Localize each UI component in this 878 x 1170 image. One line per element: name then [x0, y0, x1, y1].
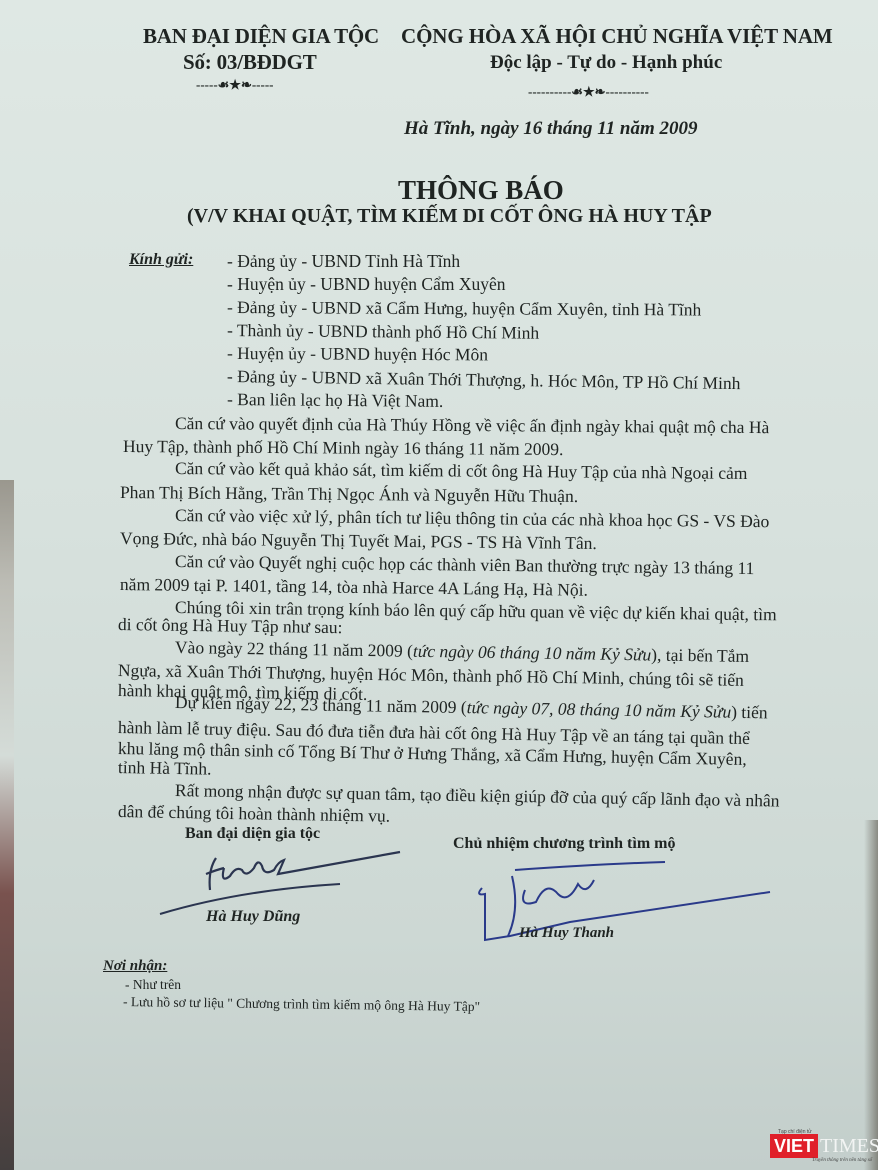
- recipient-item: - Đảng ủy - UBND xã Cẩm Hưng, huyện Cẩm …: [227, 297, 701, 320]
- recipient-item: - Ban liên lạc họ Hà Việt Nam.: [227, 389, 444, 412]
- footer-recipients-label: Nơi nhận:: [103, 958, 167, 975]
- body-line: Huy Tập, thành phố Hồ Chí Minh ngày 16 t…: [123, 436, 564, 460]
- national-motto: Độc lập - Tự do - Hạnh phúc: [490, 52, 722, 74]
- recipients-label: Kính gửi:: [129, 251, 193, 269]
- page-edge-shadow: [0, 480, 14, 1170]
- country-name: CỘNG HÒA XÃ HỘI CHỦ NGHĨA VIỆT NAM: [401, 24, 833, 49]
- recipient-item: - Thành ủy - UBND thành phố Hồ Chí Minh: [227, 320, 539, 344]
- body-line: tỉnh Hà Tĩnh.: [118, 757, 212, 780]
- vietimes-logo: VIET TIMES: [770, 1133, 878, 1159]
- body-line: di cốt ông Hà Huy Tập như sau:: [118, 614, 343, 638]
- logo-brand-rest: TIMES: [818, 1135, 878, 1158]
- lunar-date-text: tức ngày 07, 08 tháng 10 năm Kỷ Sửu: [467, 697, 732, 722]
- logo-brand-red: VIET: [770, 1134, 818, 1158]
- left-ornament: -----☙★❧-----: [196, 77, 274, 93]
- place-date: Hà Tĩnh, ngày 16 tháng 11 năm 2009: [404, 118, 698, 140]
- footer-recipient-item: - Như trên: [125, 977, 181, 993]
- body-line: Căn cứ vào quyết định của Hà Thúy Hồng v…: [175, 413, 769, 438]
- issuer-org: BAN ĐẠI DIỆN GIA TỘC: [143, 24, 379, 49]
- document-subtitle: (V/V KHAI QUẬT, TÌM KIẾM DI CỐT ÔNG HÀ H…: [187, 205, 712, 228]
- body-text: Dự kiến ngày 22, 23 tháng 11 năm 2009 (: [175, 692, 467, 717]
- body-line: Phan Thị Bích Hằng, Trần Thị Ngọc Ánh và…: [120, 482, 578, 507]
- right-signer-name: Hà Huy Thanh: [519, 925, 614, 942]
- recipient-item: - Đảng ủy - UBND Tỉnh Hà Tĩnh: [227, 251, 460, 272]
- left-signer-name: Hà Huy Dũng: [206, 908, 300, 926]
- document-number: Số: 03/BĐDGT: [183, 50, 317, 75]
- recipient-item: - Huyện ủy - UBND huyện Hóc Môn: [227, 343, 488, 365]
- lunar-date-text: tức ngày 06 tháng 10 năm Kỷ Sửu: [413, 641, 652, 665]
- right-ornament: ----------☙★❧----------: [528, 84, 649, 100]
- right-signature: [450, 850, 780, 950]
- document-title: THÔNG BÁO: [398, 175, 564, 206]
- watermark-tagline-bottom: Truyền thông trên nền tảng số: [812, 1158, 872, 1163]
- body-text: ) tiến: [731, 702, 768, 723]
- body-text: ), tại bến Tắm: [651, 644, 749, 666]
- recipient-item: - Huyện ủy - UBND huyện Cẩm Xuyên: [227, 274, 506, 295]
- page-edge-shadow-right: [864, 820, 878, 1170]
- body-text: Vào ngày 22 tháng 11 năm 2009 (: [175, 637, 413, 661]
